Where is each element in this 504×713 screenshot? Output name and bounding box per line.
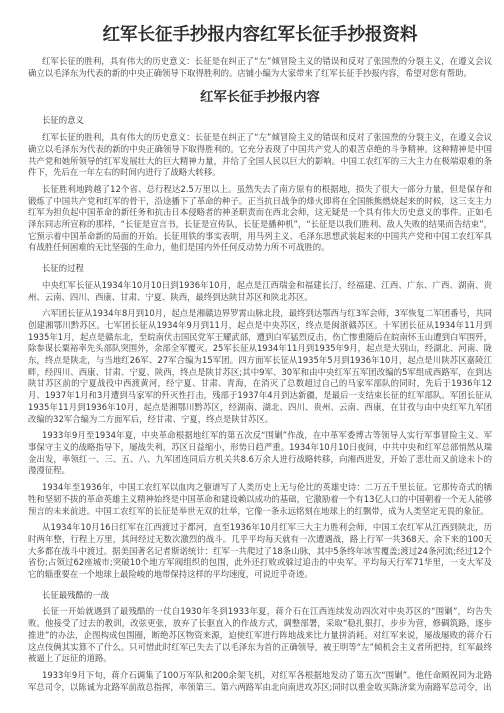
section-cruelest-battle: 长征最残酷的一战 长征一开始就遇到了最残酷的一仗自1930年冬到1933年夏，蒋… (28, 590, 492, 694)
section-process: 长征的过程 中央红军长征从1934年10月10日到1936年10月，起点是江西瑞… (28, 263, 492, 581)
body-paragraph: 中央红军长征从1934年10月10日到1936年10月，起点是江西瑞金和福建长汀… (28, 280, 492, 303)
page-title: 红军长征手抄报内容红军长征手抄报资料 (28, 24, 492, 46)
body-paragraph: 六军团长征从1934年8月到10月，起点是湘赣边界罗霄山脉北段，最终到达鄂西与红… (28, 308, 492, 425)
subsection-heading-meaning: 长征的意义 (28, 115, 492, 127)
subsection-heading-process: 长征的过程 (28, 263, 492, 275)
body-paragraph: 长征一开始就遇到了最残酷的一仗自1930年冬到1933年夏，蒋介石在江西连续发动… (28, 606, 492, 665)
article-page: 红军长征手抄报内容红军长征手抄报资料 红军长征的胜利，具有伟大的历史意义：长征是… (0, 0, 504, 693)
body-paragraph: 从1934年10月16日红军在江西渡过于都河，直至1936年10月红军三大主力胜… (28, 522, 492, 581)
body-paragraph: 1933年9月至1934年夏，中央革命根据地红军的第五次反“围剿”作战，在中革军… (28, 430, 492, 477)
body-paragraph: 红军长征的胜利，具有伟大的历史意义：长征是在纠正了“左”倾冒险主义的错误和反对了… (28, 132, 492, 179)
section-meaning: 长征的意义 红军长征的胜利，具有伟大的历史意义：长征是在纠正了“左”倾冒险主义的… (28, 115, 492, 254)
intro-paragraph: 红军长征的胜利，具有伟大的历史意义：长征是在纠正了“左”倾冒险主义的错误和反对了… (28, 56, 492, 79)
subsection-heading-cruelest-battle: 长征最残酷的一战 (28, 590, 492, 602)
body-paragraph: 长征胜利地跨越了12个省、总行程达2.5万里以上。虽然失去了南方原有的根据地，损… (28, 184, 492, 254)
content-heading: 红军长征手抄报内容 (28, 90, 492, 106)
body-paragraph: 1934年至1936年，中国工农红军以血肉之躯谱写了人类历史上无与伦比的英雄史诗… (28, 482, 492, 517)
body-paragraph: 1933年9月下旬，蒋介石调集了100万军队和200余架飞机，对红军各根据地发动… (28, 670, 492, 693)
